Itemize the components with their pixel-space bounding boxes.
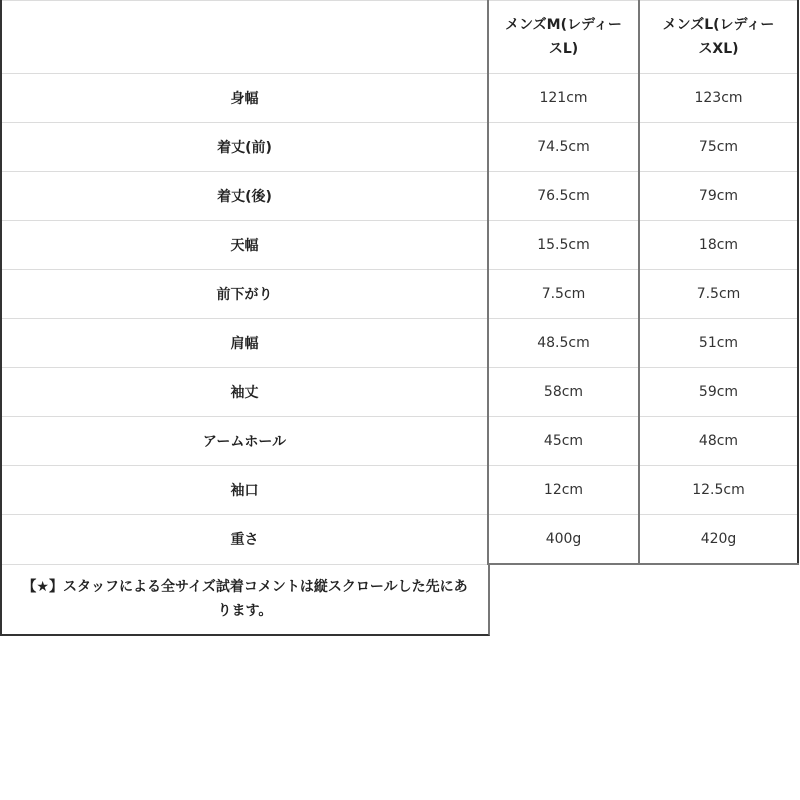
staff-comment-note: 【★】スタッフによる全サイズ試着コメントは縦スクロールした先にあります。 [0, 563, 490, 636]
table-row: 肩幅 48.5cm 51cm [1, 319, 798, 368]
table-row: 身幅 121cm 123cm [1, 74, 798, 123]
value-size-l: 123cm [639, 74, 798, 123]
row-label: 天幅 [1, 221, 488, 270]
value-size-l: 75cm [639, 123, 798, 172]
table-row: 天幅 15.5cm 18cm [1, 221, 798, 270]
header-row: メンズM(レディースL) メンズL(レディースXL) [1, 1, 798, 74]
size-chart-table: メンズM(レディースL) メンズL(レディースXL) 身幅 121cm 123c… [0, 0, 799, 565]
table-row: アームホール 45cm 48cm [1, 417, 798, 466]
header-size-m: メンズM(レディースL) [488, 1, 639, 74]
row-label: 身幅 [1, 74, 488, 123]
table-row: 前下がり 7.5cm 7.5cm [1, 270, 798, 319]
value-size-l: 12.5cm [639, 466, 798, 515]
table-row: 着丈(前) 74.5cm 75cm [1, 123, 798, 172]
row-label: 着丈(前) [1, 123, 488, 172]
row-label: 袖丈 [1, 368, 488, 417]
row-label: アームホール [1, 417, 488, 466]
value-size-l: 7.5cm [639, 270, 798, 319]
value-size-l: 59cm [639, 368, 798, 417]
row-label: 袖口 [1, 466, 488, 515]
value-size-m: 7.5cm [488, 270, 639, 319]
table-row: 重さ 400g 420g [1, 515, 798, 565]
row-label: 着丈(後) [1, 172, 488, 221]
value-size-l: 420g [639, 515, 798, 565]
value-size-m: 12cm [488, 466, 639, 515]
value-size-m: 74.5cm [488, 123, 639, 172]
header-empty-cell [1, 1, 488, 74]
header-size-l: メンズL(レディースXL) [639, 1, 798, 74]
table-row: 袖口 12cm 12.5cm [1, 466, 798, 515]
value-size-m: 76.5cm [488, 172, 639, 221]
value-size-m: 121cm [488, 74, 639, 123]
table-row: 袖丈 58cm 59cm [1, 368, 798, 417]
value-size-m: 58cm [488, 368, 639, 417]
staff-comment-note-text: 【★】スタッフによる全サイズ試着コメントは縦スクロールした先にあります。 [20, 575, 470, 623]
value-size-m: 400g [488, 515, 639, 565]
row-label: 肩幅 [1, 319, 488, 368]
value-size-l: 51cm [639, 319, 798, 368]
value-size-l: 18cm [639, 221, 798, 270]
value-size-l: 79cm [639, 172, 798, 221]
table-row: 着丈(後) 76.5cm 79cm [1, 172, 798, 221]
value-size-m: 48.5cm [488, 319, 639, 368]
header-size-m-label: メンズM(レディースL) [504, 13, 624, 61]
value-size-m: 15.5cm [488, 221, 639, 270]
row-label: 前下がり [1, 270, 488, 319]
row-label: 重さ [1, 515, 488, 565]
header-size-l-label: メンズL(レディースXL) [659, 13, 779, 61]
value-size-l: 48cm [639, 417, 798, 466]
value-size-m: 45cm [488, 417, 639, 466]
